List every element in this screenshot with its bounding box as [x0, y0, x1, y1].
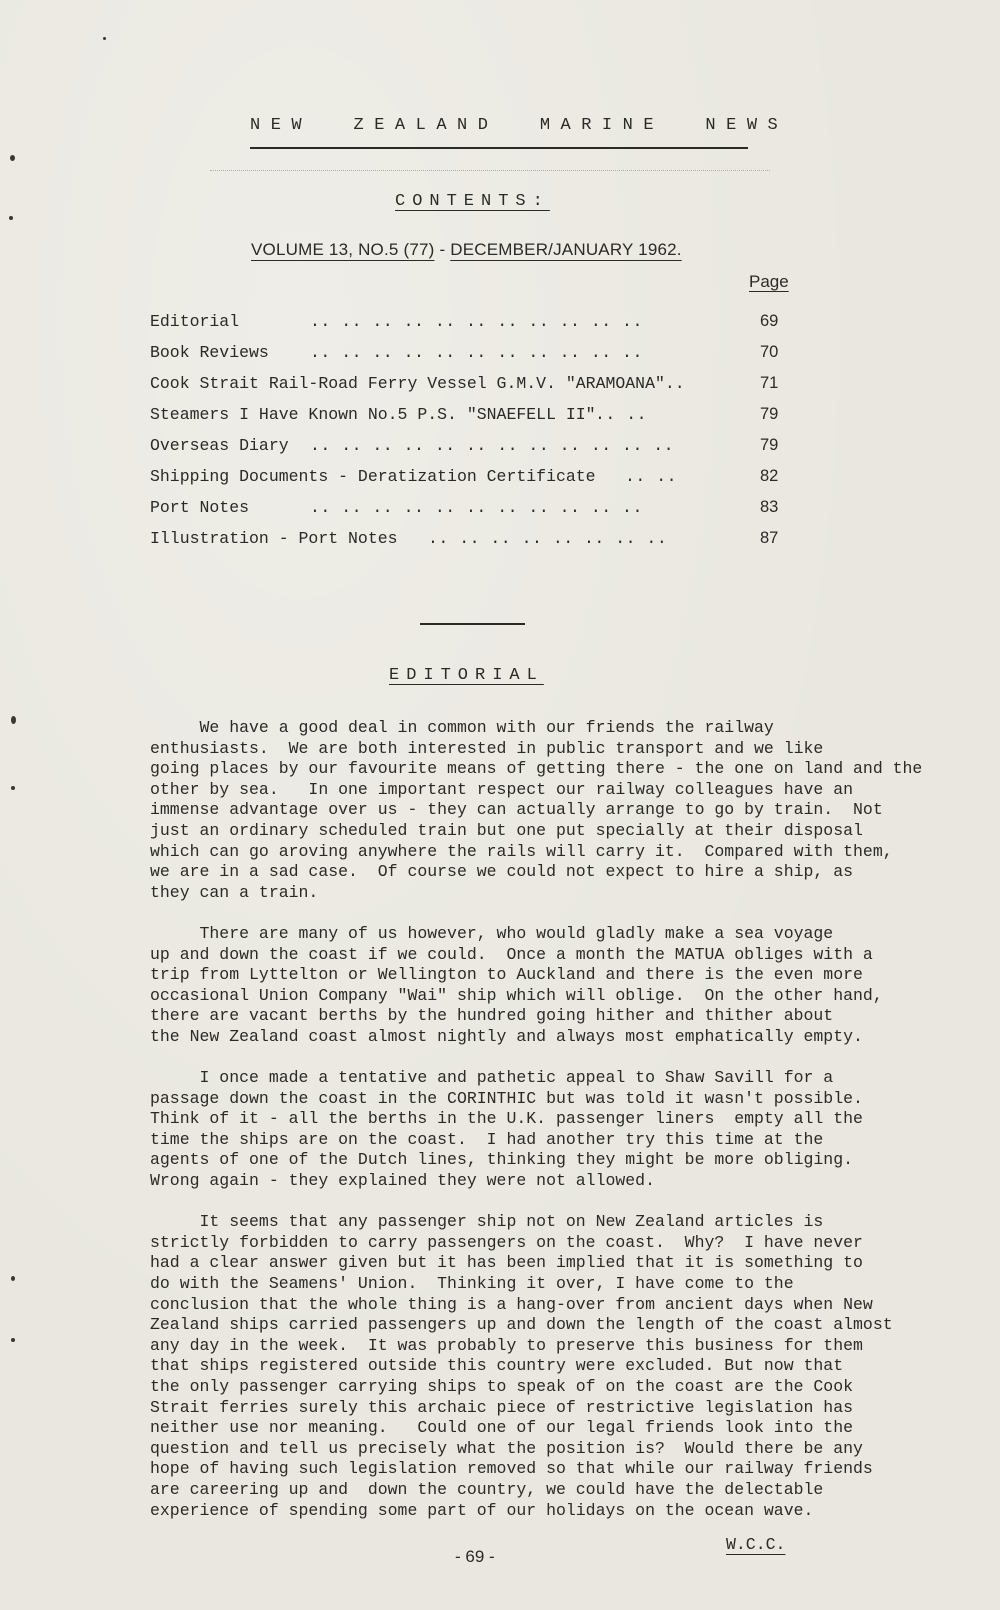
toc-entry-page: 79: [760, 405, 778, 424]
text-line: There are many of us however, who would …: [150, 924, 980, 945]
editorial-paragraph: I once made a tentative and pathetic app…: [150, 1068, 980, 1192]
toc-entry-title: Editorial: [150, 312, 239, 331]
text-line: neither use nor meaning. Could one of ou…: [150, 1418, 980, 1439]
toc-dot-leader: .. .. .. .. .. .. .. .. .. .. .. ..: [310, 436, 674, 455]
text-line: up and down the coast if we could. Once …: [150, 945, 980, 966]
text-line: there are vacant berths by the hundred g…: [150, 1006, 980, 1027]
toc-entry-title: Overseas Diary: [150, 436, 289, 455]
text-line: experience of spending some part of our …: [150, 1501, 980, 1522]
text-line: that ships registered outside this count…: [150, 1356, 980, 1377]
text-line: which can go aroving anywhere the rails …: [150, 842, 980, 863]
volume-line: VOLUME 13, NO.5 (77) - DECEMBER/JANUARY …: [251, 240, 682, 260]
text-line: Wrong again - they explained they were n…: [150, 1171, 980, 1192]
text-line: We have a good deal in common with our f…: [150, 718, 980, 739]
text-line: hope of having such legislation removed …: [150, 1459, 980, 1480]
text-line: immense advantage over us - they can act…: [150, 800, 980, 821]
toc-dot-leader: .. .. .. .. .. .. .. ..: [428, 529, 667, 548]
scan-speck: [11, 1338, 15, 1342]
text-line: the only passenger carrying ships to spe…: [150, 1377, 980, 1398]
editorial-paragraph: We have a good deal in common with our f…: [150, 718, 980, 903]
toc-entry: Illustration - Port Notes.. .. .. .. .. …: [150, 529, 790, 560]
text-line: going places by our favourite means of g…: [150, 759, 980, 780]
toc-entry-title: Cook Strait Rail-Road Ferry Vessel G.M.V…: [150, 374, 685, 393]
text-line: conclusion that the whole thing is a han…: [150, 1295, 980, 1316]
toc-entry: Steamers I Have Known No.5 P.S. "SNAEFEL…: [150, 405, 790, 436]
page-number: - 69 -: [455, 1547, 495, 1567]
text-line: Think of it - all the berths in the U.K.…: [150, 1109, 980, 1130]
toc-entry-page: 79: [760, 436, 778, 455]
text-line: question and tell us precisely what the …: [150, 1439, 980, 1460]
toc-dot-leader: .. .. .. .. .. .. .. .. .. .. ..: [310, 312, 643, 331]
page-column-label: Page: [749, 272, 789, 292]
table-of-contents: Editorial.. .. .. .. .. .. .. .. .. .. .…: [150, 312, 790, 560]
toc-entry-title: Port Notes: [150, 498, 249, 517]
text-line: just an ordinary scheduled train but one…: [150, 821, 980, 842]
text-line: had a clear answer given but it has been…: [150, 1253, 980, 1274]
faint-divider: [210, 170, 770, 172]
toc-entry-page: 83: [760, 498, 778, 517]
editorial-paragraph: There are many of us however, who would …: [150, 924, 980, 1048]
text-line: other by sea. In one important respect o…: [150, 780, 980, 801]
text-line: any day in the week. It was probably to …: [150, 1336, 980, 1357]
toc-dot-leader: .. ..: [595, 405, 647, 424]
toc-entry: Cook Strait Rail-Road Ferry Vessel G.M.V…: [150, 374, 790, 405]
editorial-paragraph: It seems that any passenger ship not on …: [150, 1212, 980, 1521]
toc-entry: Book Reviews.. .. .. .. .. .. .. .. .. .…: [150, 343, 790, 374]
toc-entry: Port Notes.. .. .. .. .. .. .. .. .. .. …: [150, 498, 790, 529]
toc-entry-title: Steamers I Have Known No.5 P.S. "SNAEFEL…: [150, 405, 596, 424]
scan-speck: [103, 37, 106, 40]
text-line: the New Zealand coast almost nightly and…: [150, 1027, 980, 1048]
issue-date: DECEMBER/JANUARY 1962.: [450, 240, 681, 259]
toc-entry-title: Illustration - Port Notes: [150, 529, 398, 548]
volume-separator: -: [435, 240, 451, 259]
text-line: we are in a sad case. Of course we could…: [150, 862, 980, 883]
toc-entry-page: 82: [760, 467, 778, 486]
text-line: trip from Lyttelton or Wellington to Auc…: [150, 965, 980, 986]
editorial-heading: EDITORIAL: [389, 666, 544, 685]
text-line: occasional Union Company "Wai" ship whic…: [150, 986, 980, 1007]
toc-dot-leader: .. ..: [625, 467, 677, 486]
scan-speck: [10, 155, 15, 161]
toc-entry-page: 87: [760, 529, 778, 548]
text-line: I once made a tentative and pathetic app…: [150, 1068, 980, 1089]
text-line: Zealand ships carried passengers up and …: [150, 1315, 980, 1336]
masthead-title: NEW ZEALAND MARINE NEWS: [250, 116, 750, 135]
text-line: strictly forbidden to carry passengers o…: [150, 1233, 980, 1254]
contents-heading: CONTENTS:: [395, 192, 550, 211]
editorial-signature: W.C.C.: [726, 1535, 785, 1554]
toc-entry-page: 70: [760, 343, 778, 362]
scan-speck: [9, 216, 13, 220]
volume-number: VOLUME 13, NO.5 (77): [251, 240, 435, 259]
toc-entry-page: 71: [760, 374, 778, 393]
scan-speck: [11, 1276, 15, 1281]
scan-speck: [11, 786, 15, 790]
text-line: agents of one of the Dutch lines, thinki…: [150, 1150, 980, 1171]
toc-entry-title: Shipping Documents - Deratization Certif…: [150, 467, 596, 486]
toc-dot-leader: .. .. .. .. .. .. .. .. .. .. ..: [310, 343, 643, 362]
section-divider: [420, 623, 525, 625]
text-line: do with the Seamens' Union. Thinking it …: [150, 1274, 980, 1295]
text-line: passage down the coast in the CORINTHIC …: [150, 1089, 980, 1110]
toc-dot-leader: .. .. .. .. .. .. .. .. .. .. ..: [310, 498, 643, 517]
toc-entry: Shipping Documents - Deratization Certif…: [150, 467, 790, 498]
text-line: are careering up and down the country, w…: [150, 1480, 980, 1501]
text-line: time the ships are on the coast. I had a…: [150, 1130, 980, 1151]
toc-entry-page: 69: [760, 312, 778, 331]
text-line: Strait ferries surely this archaic piece…: [150, 1398, 980, 1419]
document-page: NEW ZEALAND MARINE NEWS CONTENTS: VOLUME…: [0, 0, 1000, 1610]
toc-entry: Overseas Diary.. .. .. .. .. .. .. .. ..…: [150, 436, 790, 467]
editorial-body: We have a good deal in common with our f…: [150, 718, 980, 1542]
masthead-rule: [250, 147, 748, 149]
scan-speck: [11, 716, 16, 724]
text-line: enthusiasts. We are both interested in p…: [150, 739, 980, 760]
toc-entry-title: Book Reviews: [150, 343, 269, 362]
text-line: they can a train.: [150, 883, 980, 904]
toc-entry: Editorial.. .. .. .. .. .. .. .. .. .. .…: [150, 312, 790, 343]
text-line: It seems that any passenger ship not on …: [150, 1212, 980, 1233]
